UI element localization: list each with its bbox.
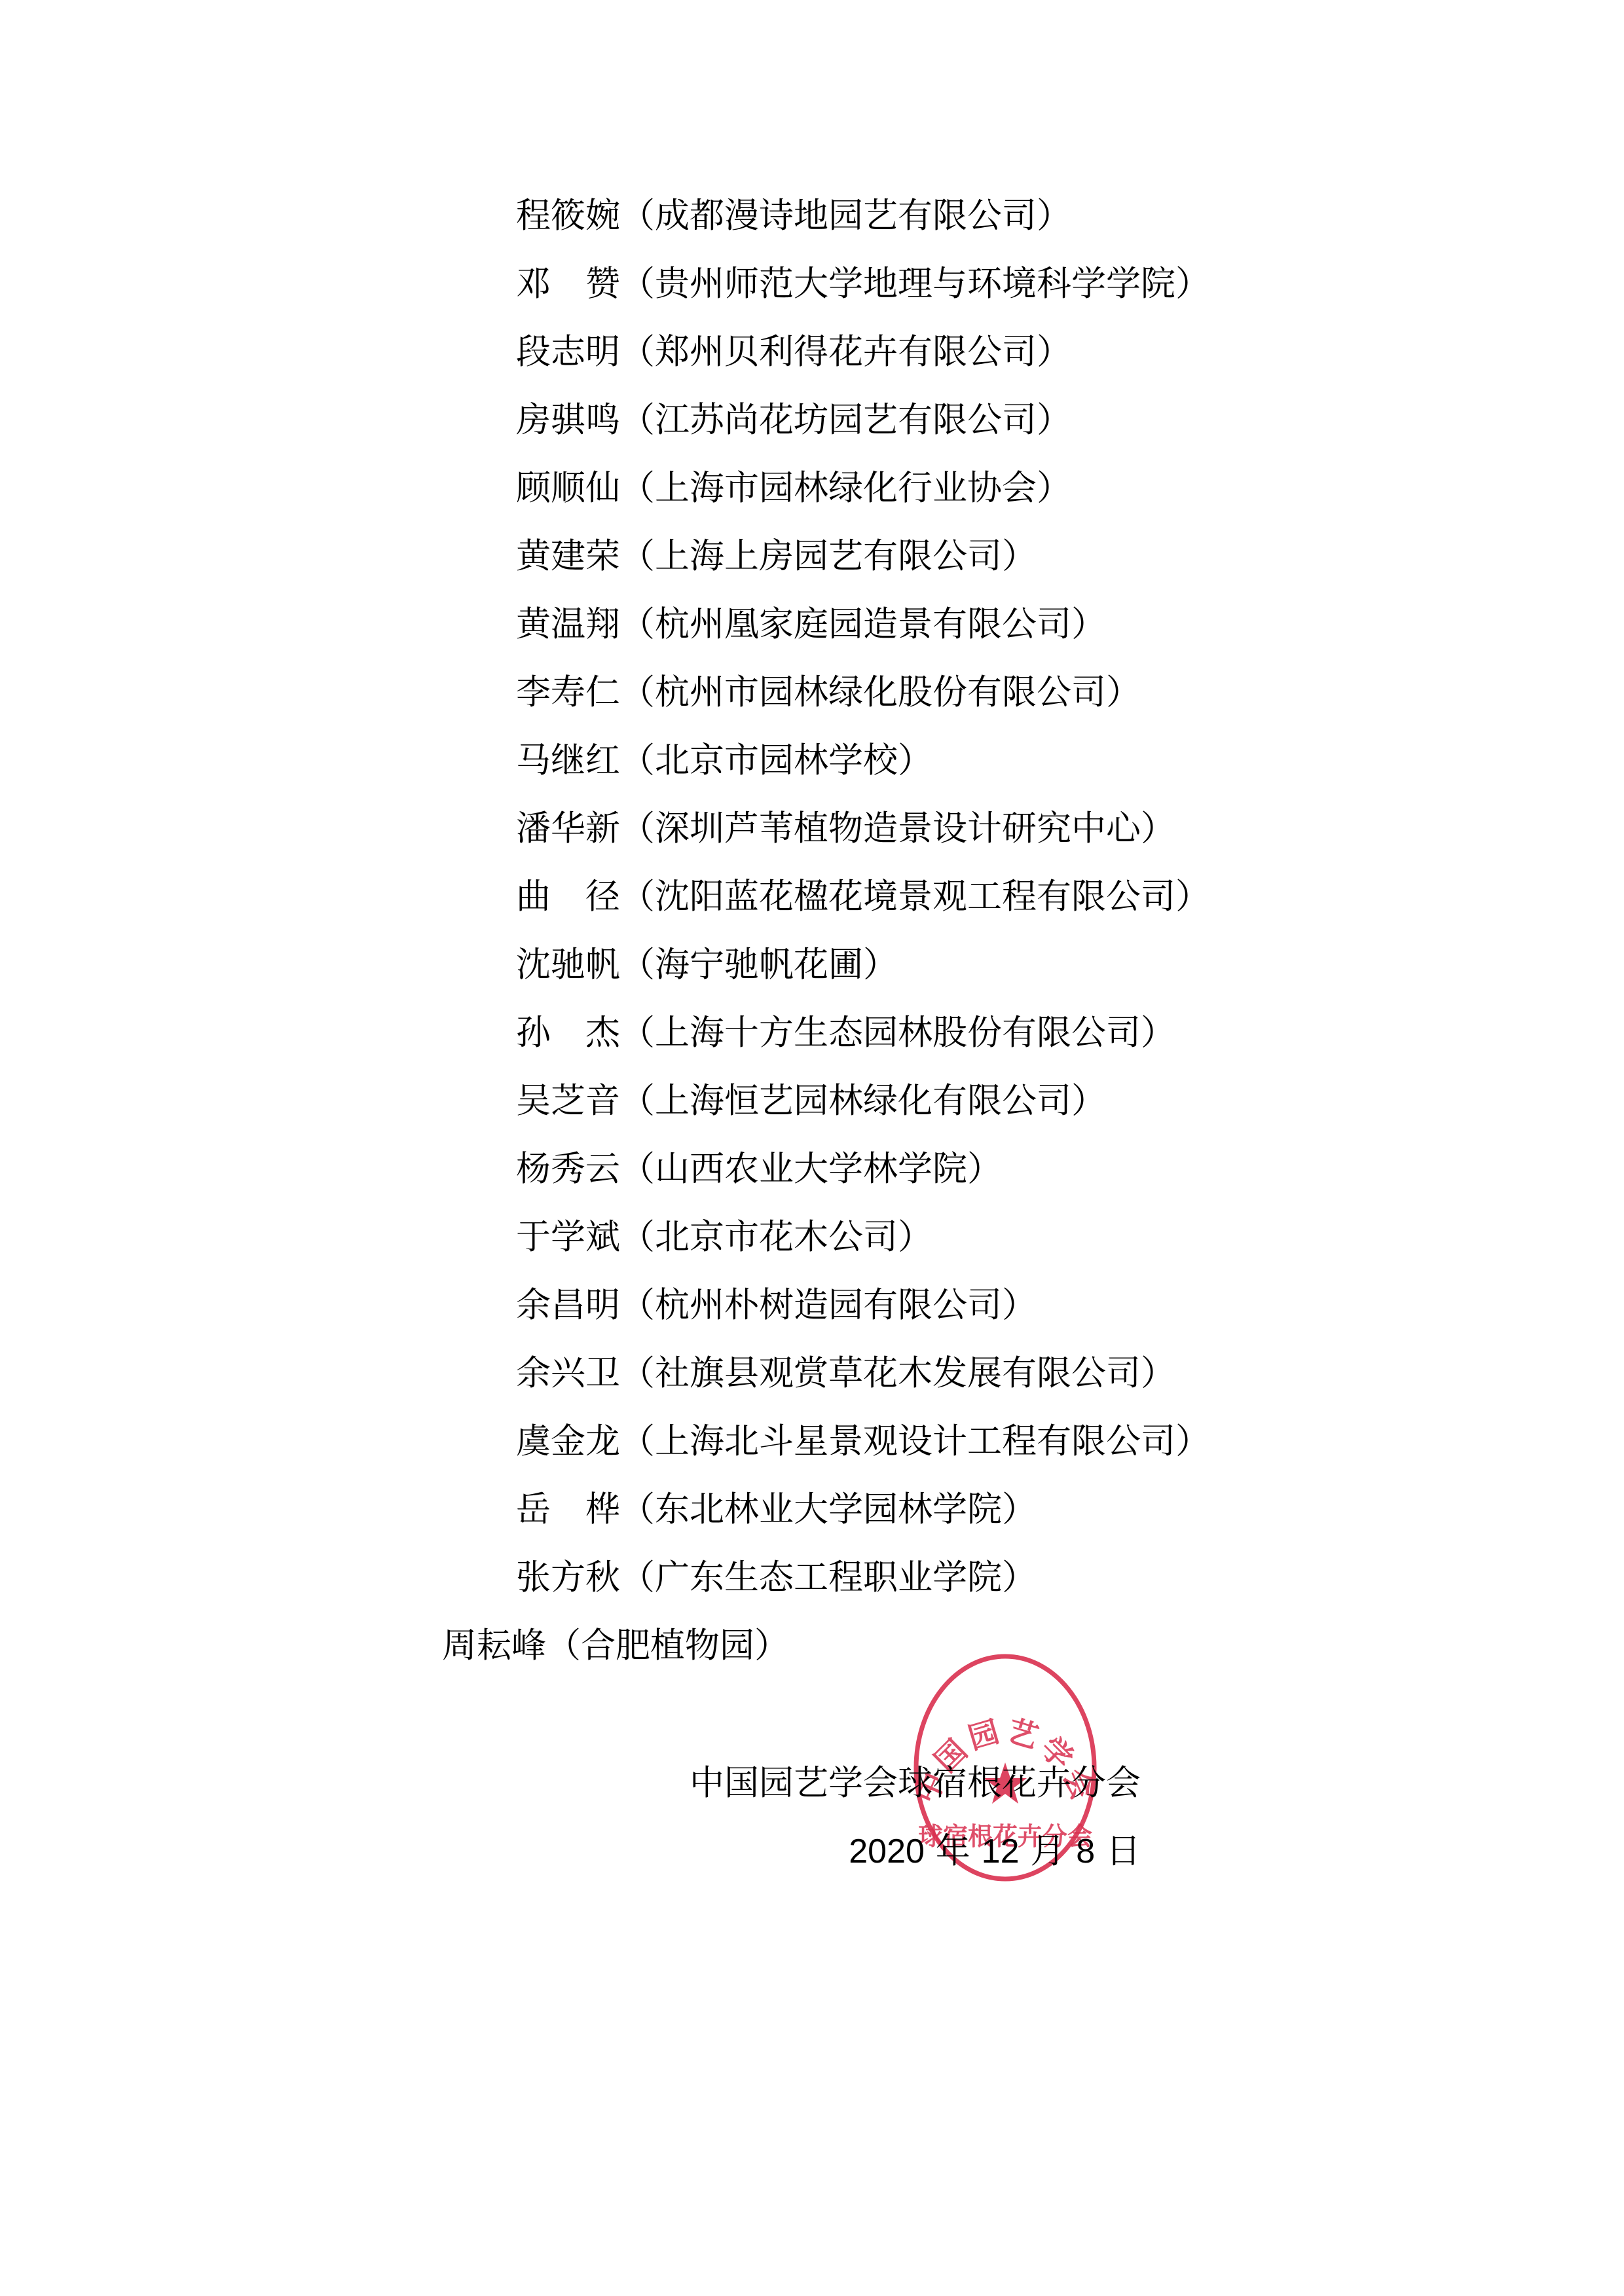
- member-name: 余昌明: [516, 1271, 620, 1339]
- list-item: 黄建荣（上海上房园艺有限公司）: [516, 522, 1037, 591]
- member-name: 邓 赞: [516, 250, 620, 318]
- member-organization: 成都漫诗地园艺有限公司: [655, 196, 1037, 236]
- member-organization: 北京市花木公司: [655, 1217, 898, 1257]
- list-item: 邓 赞（贵州师范大学地理与环境科学学院）: [516, 250, 1210, 318]
- member-name: 周耘峰: [442, 1612, 546, 1680]
- date-month-unit: 月: [1030, 1831, 1065, 1871]
- list-item: 李寿仁（杭州市园林绿化股份有限公司）: [516, 659, 1141, 727]
- signature-organization: 中国园艺学会球宿根花卉分会: [690, 1749, 1141, 1817]
- paren-open: （: [620, 1271, 655, 1339]
- paren-open: （: [620, 727, 655, 795]
- list-item: 吴芝音（上海恒艺园林绿化有限公司）: [516, 1067, 1106, 1135]
- list-item: 段志明（郑州贝利得花卉有限公司）: [516, 318, 1071, 386]
- paren-close: ）: [1037, 182, 1071, 250]
- member-name: 马继红: [516, 727, 620, 795]
- list-item: 周耘峰（合肥植物园）: [442, 1612, 789, 1680]
- member-organization: 合肥植物园: [581, 1626, 754, 1666]
- member-organization: 沈阳蓝花楹花境景观工程有限公司: [655, 877, 1175, 917]
- paren-open: （: [620, 1408, 655, 1476]
- member-organization: 郑州贝利得花卉有限公司: [655, 332, 1037, 372]
- paren-close: ）: [1002, 1271, 1037, 1339]
- paren-close: ）: [1141, 1339, 1175, 1408]
- paren-open: （: [620, 863, 655, 931]
- paren-open: （: [620, 1203, 655, 1271]
- member-organization: 杭州朴树造园有限公司: [655, 1285, 1002, 1325]
- member-organization: 贵州师范大学地理与环境科学学院: [655, 264, 1175, 304]
- member-organization: 东北林业大学园林学院: [655, 1489, 1002, 1529]
- paren-open: （: [620, 522, 655, 591]
- member-name: 沈驰帆: [516, 931, 620, 999]
- paren-close: ）: [863, 931, 898, 999]
- document-page: 程筱婉（成都漫诗地园艺有限公司）邓 赞（贵州师范大学地理与环境科学学院）段志明（…: [0, 0, 1624, 2296]
- paren-close: ）: [754, 1612, 789, 1680]
- list-item: 虞金龙（上海北斗星景观设计工程有限公司）: [516, 1408, 1210, 1476]
- member-name: 孙 杰: [516, 999, 620, 1067]
- member-name: 岳 桦: [516, 1476, 620, 1544]
- paren-close: ）: [1037, 386, 1071, 454]
- paren-open: （: [620, 931, 655, 999]
- paren-open: （: [620, 1476, 655, 1544]
- member-organization: 上海恒艺园林绿化有限公司: [655, 1081, 1071, 1121]
- member-name: 余兴卫: [516, 1339, 620, 1408]
- list-item: 曲 径（沈阳蓝花楹花境景观工程有限公司）: [516, 863, 1210, 931]
- signature-date: 2020 年 12 月 8 日: [690, 1817, 1141, 1886]
- member-organization: 上海北斗星景观设计工程有限公司: [655, 1421, 1175, 1461]
- member-name: 于学斌: [516, 1203, 620, 1271]
- member-name: 黄建荣: [516, 522, 620, 591]
- list-item: 余兴卫（社旗县观赏草花木发展有限公司）: [516, 1339, 1175, 1408]
- date-day: 8: [1076, 1832, 1095, 1870]
- paren-open: （: [620, 386, 655, 454]
- paren-close: ）: [1002, 522, 1037, 591]
- list-item: 孙 杰（上海十方生态园林股份有限公司）: [516, 999, 1175, 1067]
- paren-close: ）: [1037, 318, 1071, 386]
- paren-open: （: [546, 1612, 581, 1680]
- paren-open: （: [620, 454, 655, 522]
- member-organization: 江苏尚花坊园艺有限公司: [655, 400, 1037, 440]
- date-year: 2020: [849, 1832, 925, 1870]
- paren-close: ）: [898, 1203, 932, 1271]
- paren-open: （: [620, 795, 655, 863]
- member-organization: 杭州凰家庭园造景有限公司: [655, 604, 1071, 644]
- member-organization: 杭州市园林绿化股份有限公司: [655, 672, 1106, 712]
- list-item: 于学斌（北京市花木公司）: [516, 1203, 932, 1271]
- member-name: 潘华新: [516, 795, 620, 863]
- paren-close: ）: [1037, 454, 1071, 522]
- member-name: 虞金龙: [516, 1408, 620, 1476]
- member-name: 曲 径: [516, 863, 620, 931]
- paren-close: ）: [1106, 659, 1141, 727]
- list-item: 张方秋（广东生态工程职业学院）: [516, 1544, 1037, 1612]
- member-organization: 广东生态工程职业学院: [655, 1558, 1002, 1597]
- paren-close: ）: [1175, 863, 1210, 931]
- list-item: 余昌明（杭州朴树造园有限公司）: [516, 1271, 1037, 1339]
- date-month: 12: [982, 1832, 1020, 1870]
- member-organization: 上海上房园艺有限公司: [655, 536, 1002, 576]
- list-item: 马继红（北京市园林学校）: [516, 727, 932, 795]
- paren-open: （: [620, 1339, 655, 1408]
- list-item: 沈驰帆（海宁驰帆花圃）: [516, 931, 898, 999]
- paren-open: （: [620, 999, 655, 1067]
- member-organization: 社旗县观赏草花木发展有限公司: [655, 1353, 1141, 1393]
- paren-close: ）: [1002, 1476, 1037, 1544]
- member-organization: 山西农业大学林学院: [655, 1149, 967, 1189]
- member-name: 程筱婉: [516, 182, 620, 250]
- member-organization: 上海市园林绿化行业协会: [655, 468, 1037, 508]
- member-name: 杨秀云: [516, 1135, 620, 1203]
- paren-close: ）: [1175, 1408, 1210, 1476]
- member-organization: 海宁驰帆花圃: [655, 945, 863, 985]
- paren-close: ）: [1071, 1067, 1106, 1135]
- list-item: 黄温翔（杭州凰家庭园造景有限公司）: [516, 591, 1106, 659]
- date-day-unit: 日: [1106, 1831, 1141, 1871]
- paren-close: ）: [1071, 591, 1106, 659]
- member-name: 房骐鸣: [516, 386, 620, 454]
- paren-close: ）: [1141, 795, 1175, 863]
- paren-open: （: [620, 1067, 655, 1135]
- paren-open: （: [620, 250, 655, 318]
- member-name: 吴芝音: [516, 1067, 620, 1135]
- paren-open: （: [620, 182, 655, 250]
- list-item: 杨秀云（山西农业大学林学院）: [516, 1135, 1002, 1203]
- list-item: 顾顺仙（上海市园林绿化行业协会）: [516, 454, 1071, 522]
- paren-open: （: [620, 591, 655, 659]
- list-item: 房骐鸣（江苏尚花坊园艺有限公司）: [516, 386, 1071, 454]
- paren-close: ）: [1175, 250, 1210, 318]
- member-organization: 北京市园林学校: [655, 740, 898, 780]
- member-organization: 上海十方生态园林股份有限公司: [655, 1013, 1141, 1053]
- list-item: 程筱婉（成都漫诗地园艺有限公司）: [516, 182, 1071, 250]
- member-name: 顾顺仙: [516, 454, 620, 522]
- signature-block: 中国园艺学会球宿根花卉分会 2020 年 12 月 8 日: [690, 1749, 1141, 1886]
- member-organization: 深圳芦苇植物造景设计研究中心: [655, 809, 1141, 848]
- paren-open: （: [620, 1544, 655, 1612]
- member-name: 黄温翔: [516, 591, 620, 659]
- paren-close: ）: [898, 727, 932, 795]
- paren-close: ）: [967, 1135, 1002, 1203]
- paren-close: ）: [1141, 999, 1175, 1067]
- paren-open: （: [620, 318, 655, 386]
- member-name: 段志明: [516, 318, 620, 386]
- list-item: 岳 桦（东北林业大学园林学院）: [516, 1476, 1037, 1544]
- paren-close: ）: [1002, 1544, 1037, 1612]
- paren-open: （: [620, 1135, 655, 1203]
- date-year-unit: 年: [936, 1831, 970, 1871]
- member-name: 李寿仁: [516, 659, 620, 727]
- member-name: 张方秋: [516, 1544, 620, 1612]
- list-item: 潘华新（深圳芦苇植物造景设计研究中心）: [516, 795, 1175, 863]
- paren-open: （: [620, 659, 655, 727]
